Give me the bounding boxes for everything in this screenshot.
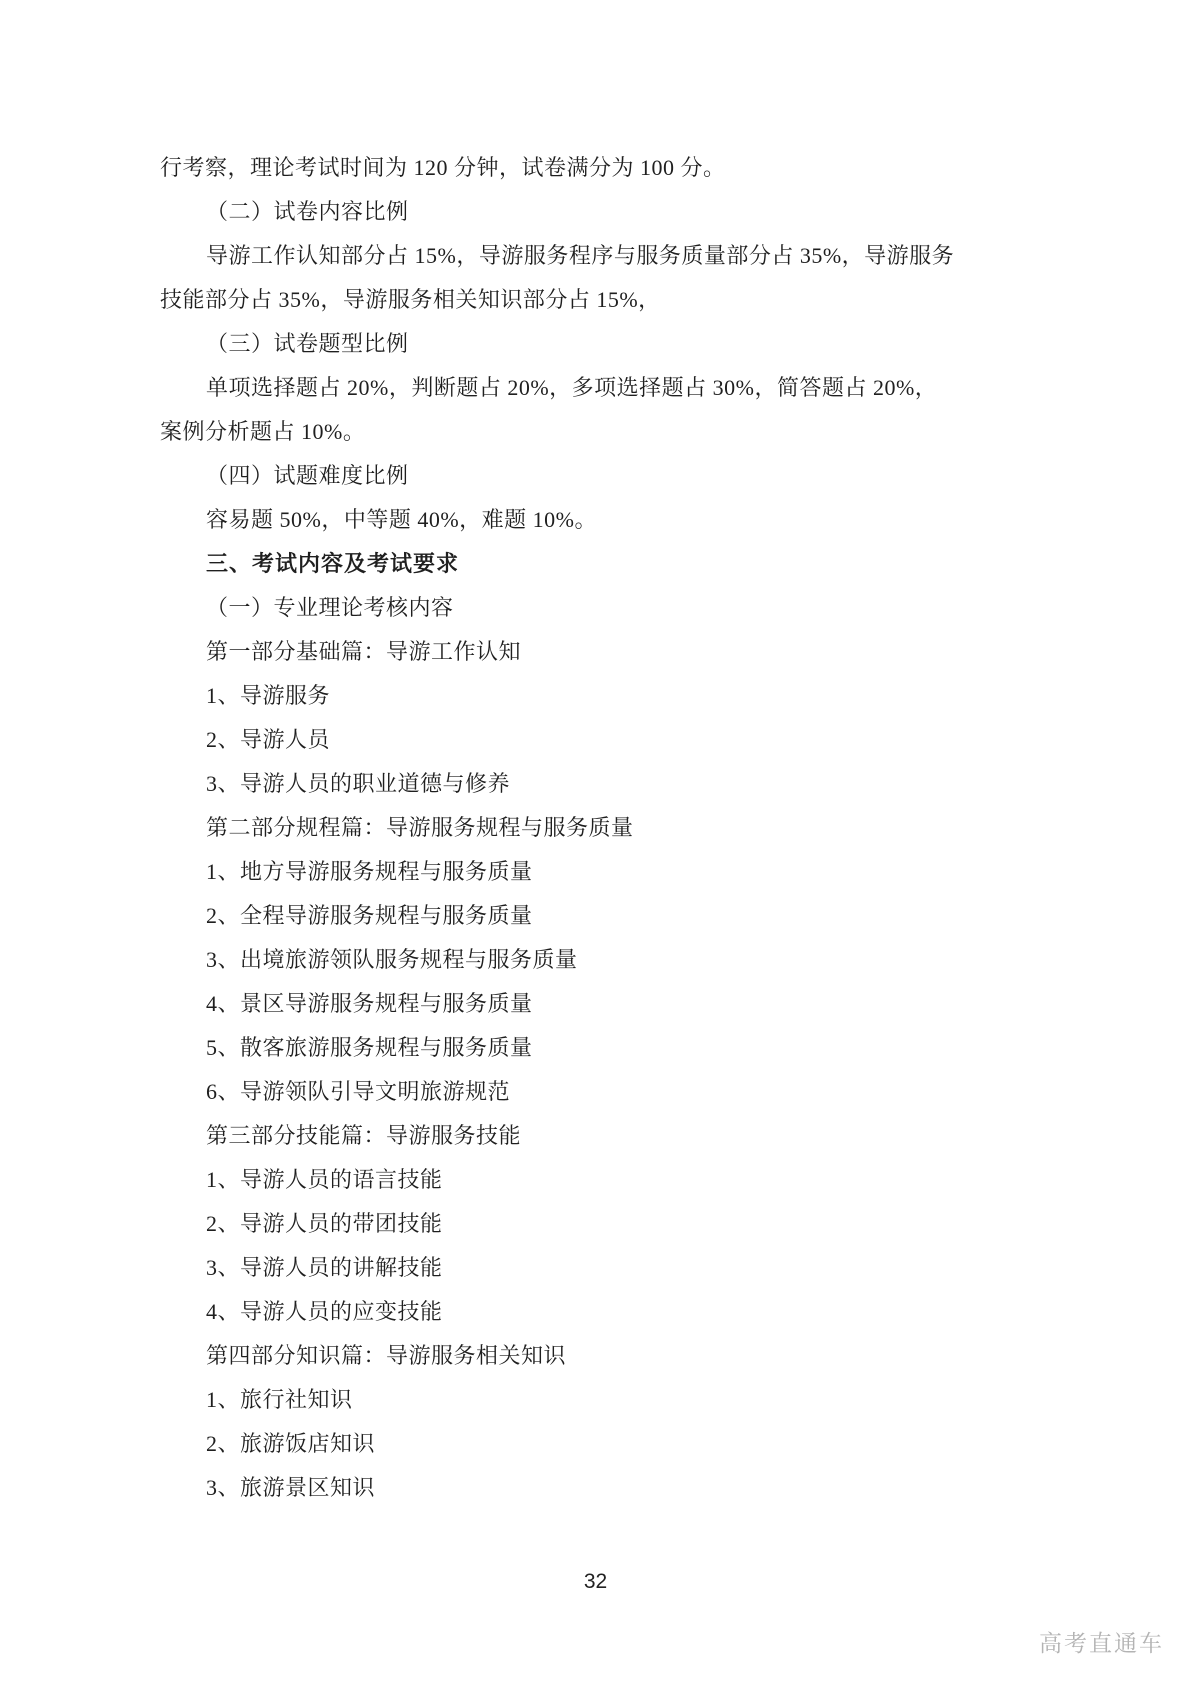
text-line: 三、考试内容及考试要求	[160, 542, 1040, 586]
text-line: 单项选择题占 20%，判断题占 20%，多项选择题占 30%，简答题占 20%，	[160, 366, 1040, 410]
text-line: 3、导游人员的讲解技能	[160, 1246, 1040, 1290]
watermark: 高考直通车	[1039, 1629, 1164, 1657]
text-line: 1、导游服务	[160, 674, 1040, 718]
text-line: （四）试题难度比例	[160, 454, 1040, 498]
text-line: 3、旅游景区知识	[160, 1466, 1040, 1510]
text-line: 第二部分规程篇：导游服务规程与服务质量	[160, 806, 1040, 850]
text-line: 技能部分占 35%，导游服务相关知识部分占 15%，	[160, 278, 1040, 322]
text-line: 6、导游领队引导文明旅游规范	[160, 1070, 1040, 1114]
text-line: 第三部分技能篇：导游服务技能	[160, 1114, 1040, 1158]
text-line: （二）试卷内容比例	[160, 190, 1040, 234]
text-line: 4、导游人员的应变技能	[160, 1290, 1040, 1334]
document-body: 行考察，理论考试时间为 120 分钟，试卷满分为 100 分。（二）试卷内容比例…	[160, 146, 1040, 1510]
text-line: 案例分析题占 10%。	[160, 410, 1040, 454]
text-line: （一）专业理论考核内容	[160, 586, 1040, 630]
text-line: 容易题 50%，中等题 40%，难题 10%。	[160, 498, 1040, 542]
text-line: 第四部分知识篇：导游服务相关知识	[160, 1334, 1040, 1378]
text-line: 1、地方导游服务规程与服务质量	[160, 850, 1040, 894]
text-line: 2、旅游饭店知识	[160, 1422, 1040, 1466]
text-line: 第一部分基础篇：导游工作认知	[160, 630, 1040, 674]
text-line: 2、导游人员	[160, 718, 1040, 762]
text-line: 1、旅行社知识	[160, 1378, 1040, 1422]
text-line: 4、景区导游服务规程与服务质量	[160, 982, 1040, 1026]
text-line: 3、导游人员的职业道德与修养	[160, 762, 1040, 806]
document-page: 行考察，理论考试时间为 120 分钟，试卷满分为 100 分。（二）试卷内容比例…	[0, 0, 1191, 1684]
text-line: 2、全程导游服务规程与服务质量	[160, 894, 1040, 938]
page-number: 32	[0, 1568, 1191, 1596]
text-line: （三）试卷题型比例	[160, 322, 1040, 366]
text-line: 2、导游人员的带团技能	[160, 1202, 1040, 1246]
text-line: 1、导游人员的语言技能	[160, 1158, 1040, 1202]
text-line: 行考察，理论考试时间为 120 分钟，试卷满分为 100 分。	[160, 146, 1040, 190]
text-line: 导游工作认知部分占 15%，导游服务程序与服务质量部分占 35%，导游服务	[160, 234, 1040, 278]
text-line: 5、散客旅游服务规程与服务质量	[160, 1026, 1040, 1070]
text-line: 3、出境旅游领队服务规程与服务质量	[160, 938, 1040, 982]
